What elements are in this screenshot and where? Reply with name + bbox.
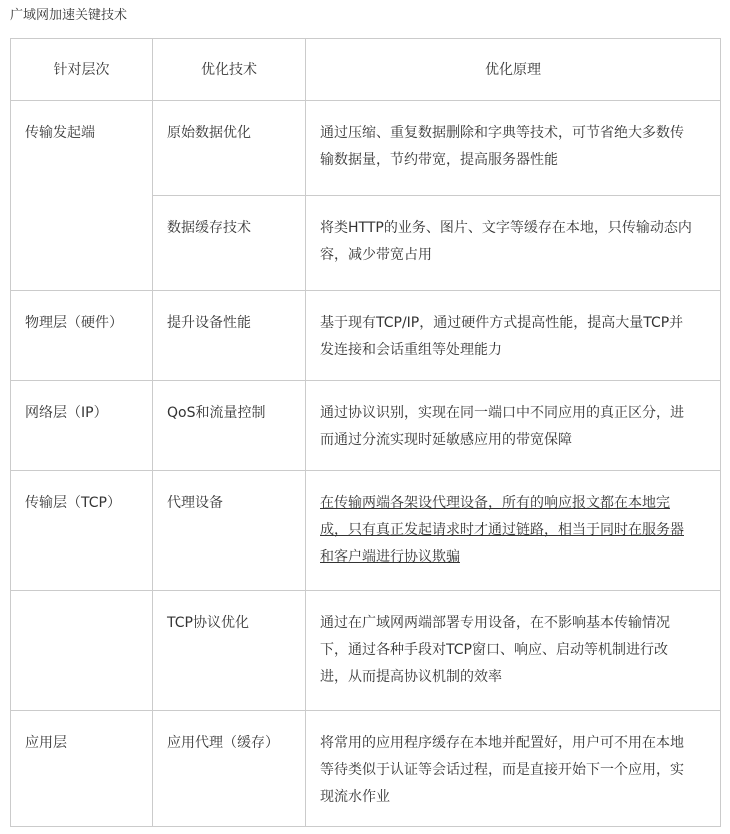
cell-principle: 基于现有TCP/IP，通过硬件方式提高性能，提高大量TCP并发连接和会话重组等处… (306, 291, 721, 381)
table-row: 传输层（TCP） 代理设备 在传输两端各架设代理设备，所有的响应报文都在本地完成… (11, 471, 721, 591)
cell-layer: 应用层 (11, 711, 153, 827)
cell-layer (11, 591, 153, 711)
table-row: 物理层（硬件） 提升设备性能 基于现有TCP/IP，通过硬件方式提高性能，提高大… (11, 291, 721, 381)
cell-tech: 数据缓存技术 (153, 196, 306, 291)
cell-layer: 传输发起端 (11, 101, 153, 291)
table-row: TCP协议优化 通过在广域网两端部署专用设备，在不影响基本传输情况下，通过各种手… (11, 591, 721, 711)
cell-principle-underlined: 在传输两端各架设代理设备，所有的响应报文都在本地完成，只有真正发起请求时才通过链… (306, 471, 721, 591)
cell-principle: 通过协议识别，实现在同一端口中不同应用的真正区分，进而通过分流实现时延敏感应用的… (306, 381, 721, 471)
cell-tech: QoS和流量控制 (153, 381, 306, 471)
cell-principle: 将常用的应用程序缓存在本地并配置好，用户可不用在本地等待类似于认证等会话过程，而… (306, 711, 721, 827)
col-header-tech: 优化技术 (153, 39, 306, 101)
cell-principle: 通过在广域网两端部署专用设备，在不影响基本传输情况下，通过各种手段对TCP窗口、… (306, 591, 721, 711)
table-row: 传输发起端 原始数据优化 通过压缩、重复数据删除和字典等技术，可节省绝大多数传输… (11, 101, 721, 196)
cell-layer: 物理层（硬件） (11, 291, 153, 381)
cell-tech: 原始数据优化 (153, 101, 306, 196)
cell-layer: 网络层（IP） (11, 381, 153, 471)
cell-tech: 应用代理（缓存） (153, 711, 306, 827)
cell-tech: 代理设备 (153, 471, 306, 591)
col-header-principle: 优化原理 (306, 39, 721, 101)
cell-principle: 通过压缩、重复数据删除和字典等技术，可节省绝大多数传输数据量，节约带宽，提高服务… (306, 101, 721, 196)
table-row: 应用层 应用代理（缓存） 将常用的应用程序缓存在本地并配置好，用户可不用在本地等… (11, 711, 721, 827)
cell-tech: 提升设备性能 (153, 291, 306, 381)
col-header-layer: 针对层次 (11, 39, 153, 101)
wan-acceleration-table: 针对层次 优化技术 优化原理 传输发起端 原始数据优化 通过压缩、重复数据删除和… (10, 38, 721, 827)
table-row: 网络层（IP） QoS和流量控制 通过协议识别，实现在同一端口中不同应用的真正区… (11, 381, 721, 471)
cell-tech: TCP协议优化 (153, 591, 306, 711)
page-title: 广域网加速关键技术 (10, 8, 730, 24)
cell-principle: 将类HTTP的业务、图片、文字等缓存在本地，只传输动态内容，减少带宽占用 (306, 196, 721, 291)
table-header-row: 针对层次 优化技术 优化原理 (11, 39, 721, 101)
cell-layer: 传输层（TCP） (11, 471, 153, 591)
